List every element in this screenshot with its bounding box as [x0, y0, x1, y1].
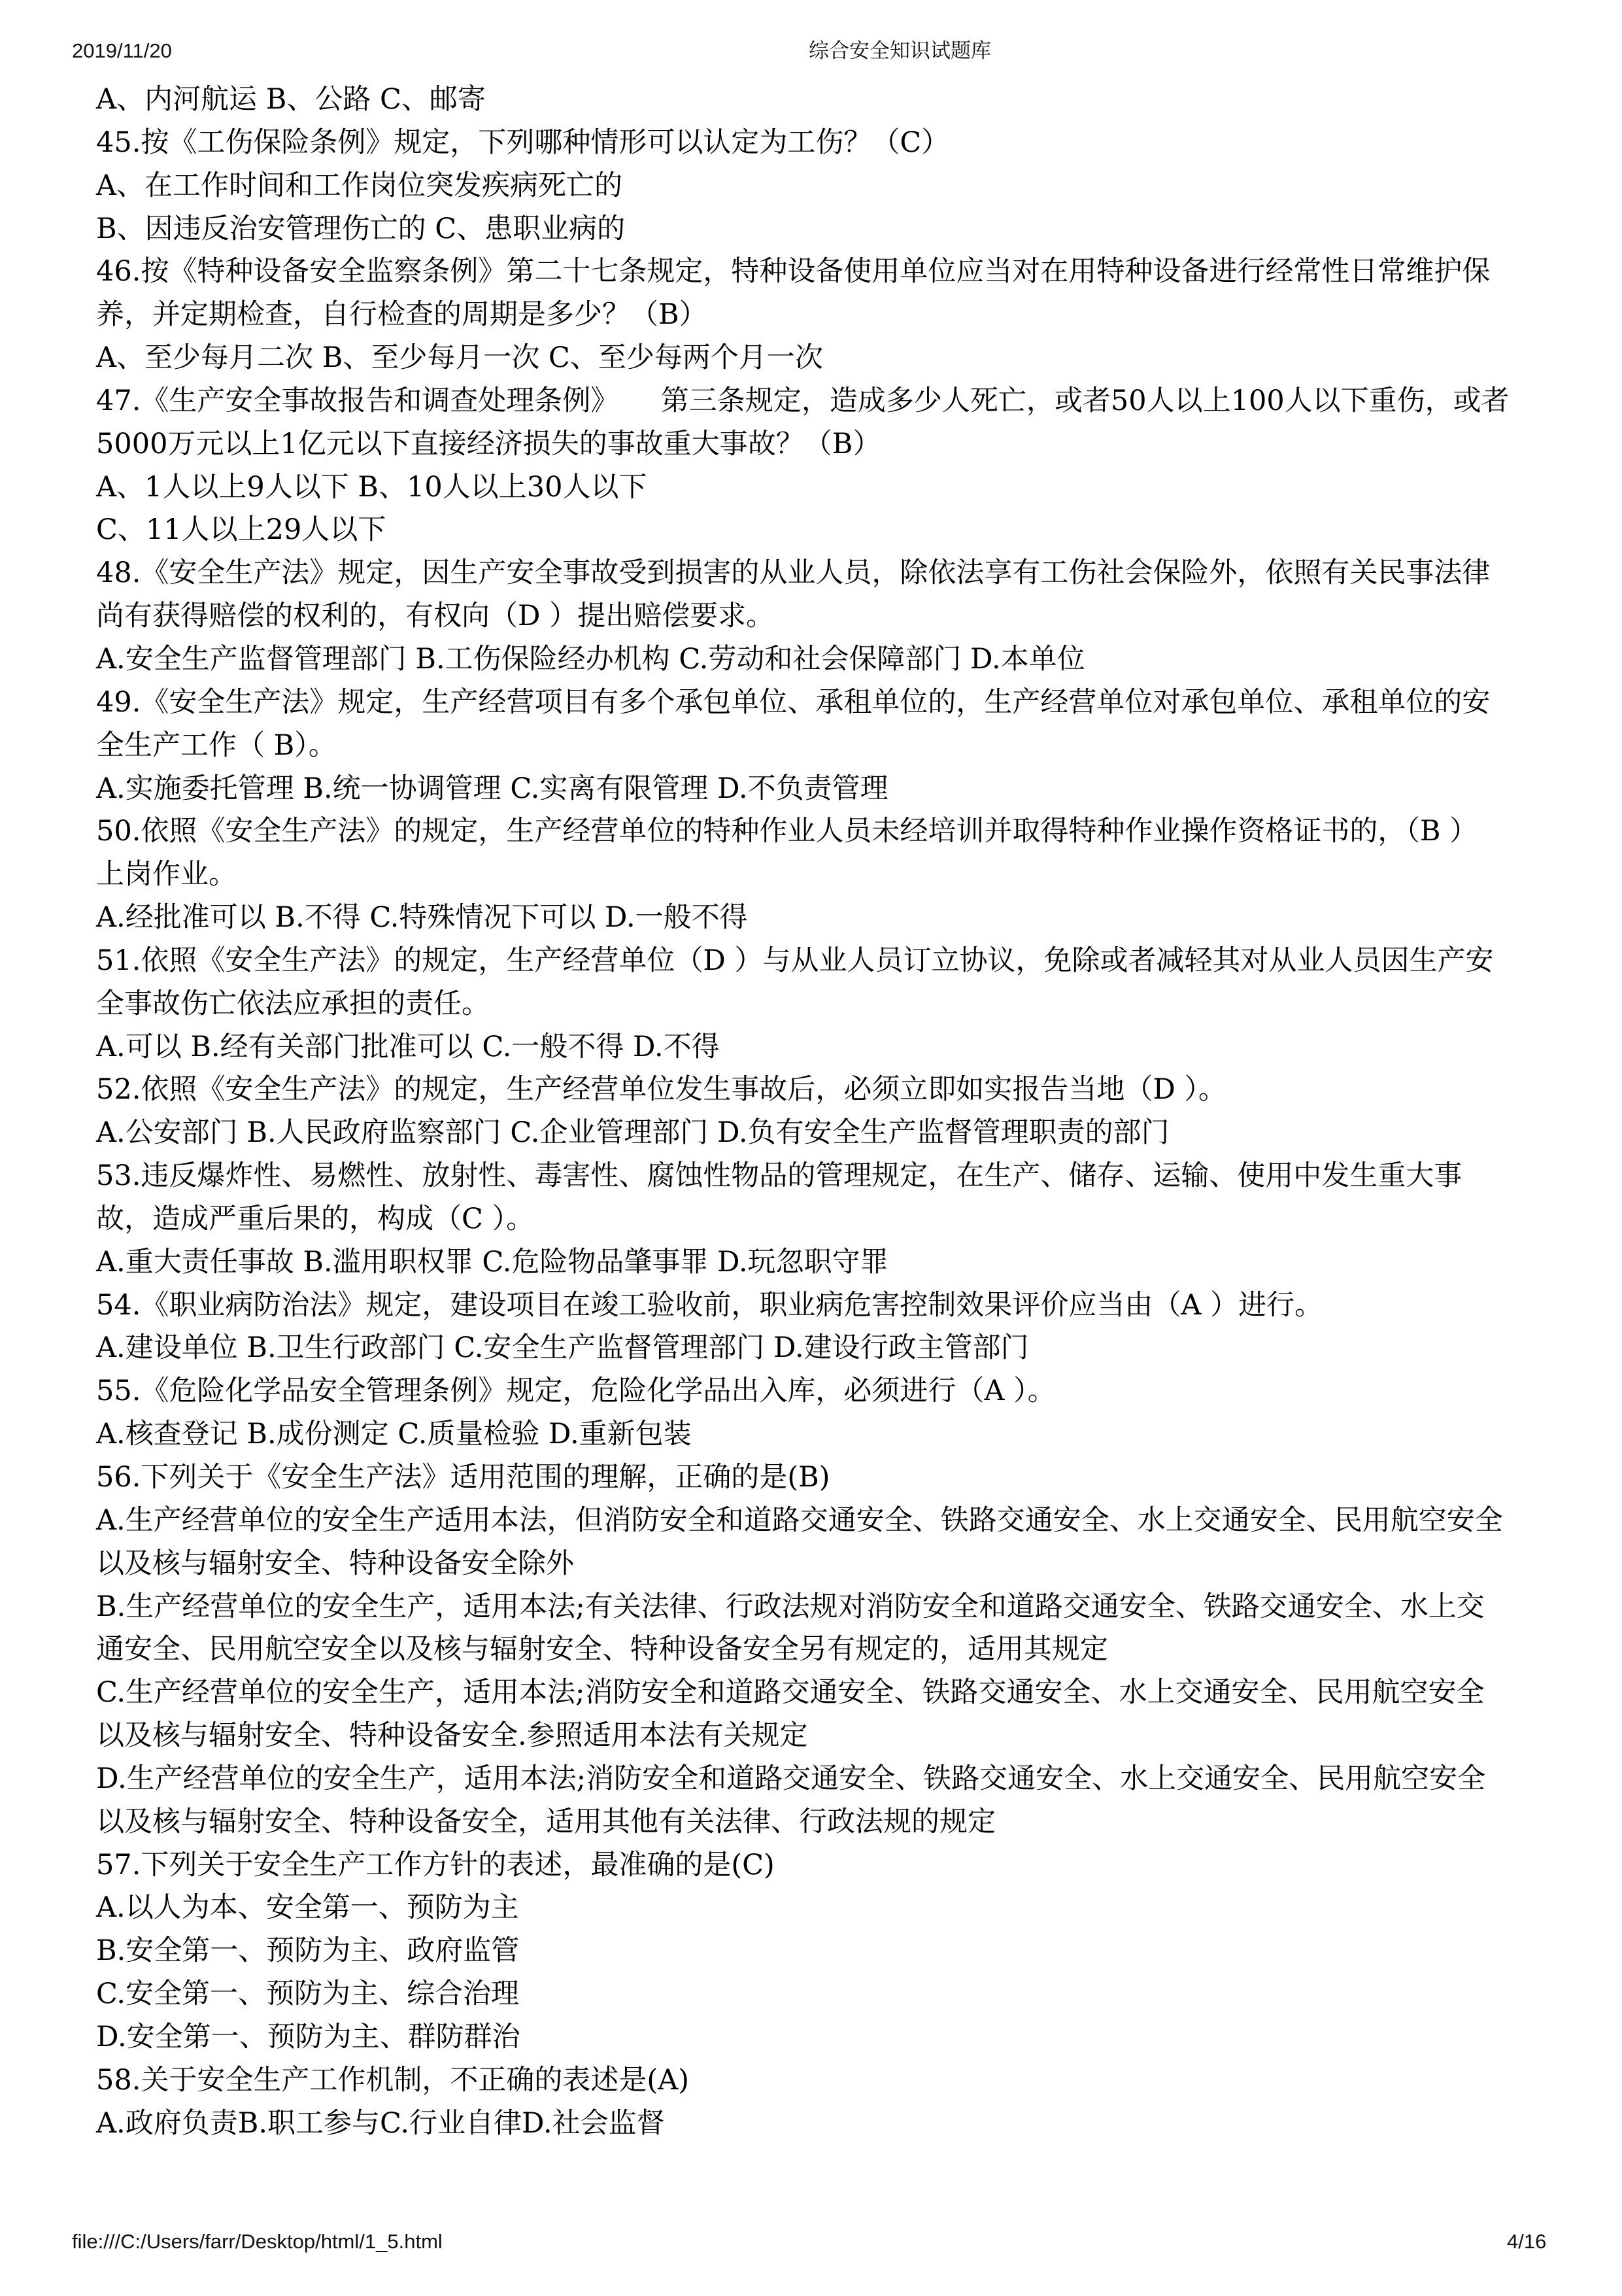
question-46: 46.按《特种设备安全监察条例》第二十七条规定，特种设备使用单位应当对在用特种设…: [96, 250, 1534, 294]
question-53-cont: 故，造成严重后果的，构成（C ）。: [96, 1198, 1534, 1241]
option-line: A、在工作时间和工作岗位突发疾病死亡的: [96, 165, 1534, 208]
question-58: 58.关于安全生产工作机制，不正确的表述是(A): [96, 2059, 1534, 2102]
question-47: 47.《生产安全事故报告和调查处理条例》 第三条规定，造成多少人死亡，或者50人…: [96, 380, 1534, 423]
option-line: C、11人以上29人以下: [96, 509, 1534, 552]
question-56: 56.下列关于《安全生产法》适用范围的理解，正确的是(B): [96, 1456, 1534, 1499]
question-53: 53.违反爆炸性、易燃性、放射性、毒害性、腐蚀性物品的管理规定，在生产、储存、运…: [96, 1155, 1534, 1198]
option-line: D.安全第一、预防为主、群防群治: [96, 2016, 1534, 2059]
question-50: 50.依照《安全生产法》的规定，生产经营单位的特种作业人员未经培训并取得特种作业…: [96, 810, 1534, 853]
option-line: D.生产经营单位的安全生产，适用本法;消防安全和道路交通安全、铁路交通安全、水上…: [96, 1758, 1534, 1801]
option-line: A.以人为本、安全第一、预防为主: [96, 1887, 1534, 1930]
question-51: 51.依照《安全生产法》的规定，生产经营单位（D ）与从业人员订立协议，免除或者…: [96, 940, 1534, 983]
option-line: A.生产经营单位的安全生产适用本法，但消防安全和道路交通安全、铁路交通安全、水上…: [96, 1499, 1534, 1543]
question-46-cont: 养，并定期检查，自行检查的周期是多少？（B）: [96, 294, 1534, 337]
option-line: A、内河航运 B、公路 C、邮寄: [96, 78, 1534, 122]
option-line: A.建设单位 B.卫生行政部门 C.安全生产监督管理部门 D.建设行政主管部门: [96, 1327, 1534, 1370]
question-57: 57.下列关于安全生产工作方针的表述，最准确的是(C): [96, 1844, 1534, 1887]
option-line: B.安全第一、预防为主、政府监管: [96, 1930, 1534, 1973]
question-49-cont: 全生产工作（ B）。: [96, 725, 1534, 768]
question-49: 49.《安全生产法》规定，生产经营项目有多个承包单位、承租单位的，生产经营单位对…: [96, 681, 1534, 725]
print-date: 2019/11/20: [72, 39, 172, 63]
question-55: 55.《危险化学品安全管理条例》规定，危险化学品出入库，必须进行（A ）。: [96, 1370, 1534, 1413]
option-line: A.核查登记 B.成份测定 C.质量检验 D.重新包装: [96, 1413, 1534, 1456]
option-line: A.可以 B.经有关部门批准可以 C.一般不得 D.不得: [96, 1026, 1534, 1069]
document-title: 综合安全知识试题库: [809, 39, 991, 63]
question-list: A、内河航运 B、公路 C、邮寄 45.按《工伤保险条例》规定，下列哪种情形可以…: [96, 78, 1534, 2146]
option-line: A、至少每月二次 B、至少每月一次 C、至少每两个月一次: [96, 337, 1534, 380]
option-line: B、因违反治安管理伤亡的 C、患职业病的: [96, 208, 1534, 251]
option-line: A.公安部门 B.人民政府监察部门 C.企业管理部门 D.负有安全生产监督管理职…: [96, 1112, 1534, 1155]
question-54: 54.《职业病防治法》规定，建设项目在竣工验收前，职业病危害控制效果评价应当由（…: [96, 1284, 1534, 1328]
option-line: A、1人以上9人以下 B、10人以上30人以下: [96, 466, 1534, 509]
option-line-cont: 通安全、民用航空安全以及核与辐射安全、特种设备安全另有规定的，适用其规定: [96, 1628, 1534, 1671]
option-line: A.经批准可以 B.不得 C.特殊情况下可以 D.一般不得: [96, 897, 1534, 940]
option-line: A.重大责任事故 B.滥用职权罪 C.危险物品肇事罪 D.玩忽职守罪: [96, 1241, 1534, 1284]
page-number: 4/16: [1507, 2230, 1546, 2253]
question-48: 48.《安全生产法》规定，因生产安全事故受到损害的从业人员，除依法享有工伤社会保…: [96, 552, 1534, 595]
option-line: A.政府负责B.职工参与C.行业自律D.社会监督: [96, 2102, 1534, 2146]
option-line: B.生产经营单位的安全生产，适用本法;有关法律、行政法规对消防安全和道路交通安全…: [96, 1586, 1534, 1629]
file-url: file:///C:/Users/farr/Desktop/html/1_5.h…: [72, 2230, 443, 2253]
question-47-cont: 5000万元以上1亿元以下直接经济损失的事故重大事故？（B）: [96, 423, 1534, 466]
question-50-cont: 上岗作业。: [96, 853, 1534, 897]
question-51-cont: 全事故伤亡依法应承担的责任。: [96, 983, 1534, 1026]
option-line-cont: 以及核与辐射安全、特种设备安全.参照适用本法有关规定: [96, 1715, 1534, 1758]
option-line: C.生产经营单位的安全生产，适用本法;消防安全和道路交通安全、铁路交通安全、水上…: [96, 1671, 1534, 1715]
question-45: 45.按《工伤保险条例》规定，下列哪种情形可以认定为工伤？（C）: [96, 122, 1534, 165]
option-line: C.安全第一、预防为主、综合治理: [96, 1973, 1534, 2016]
option-line: A.实施委托管理 B.统一协调管理 C.实离有限管理 D.不负责管理: [96, 768, 1534, 811]
option-line: A.安全生产监督管理部门 B.工伤保险经办机构 C.劳动和社会保障部门 D.本单…: [96, 638, 1534, 681]
option-line-cont: 以及核与辐射安全、特种设备安全，适用其他有关法律、行政法规的规定: [96, 1801, 1534, 1844]
question-48-cont: 尚有获得赔偿的权利的，有权向（D ）提出赔偿要求。: [96, 595, 1534, 638]
question-52: 52.依照《安全生产法》的规定，生产经营单位发生事故后，必须立即如实报告当地（D…: [96, 1069, 1534, 1112]
option-line-cont: 以及核与辐射安全、特种设备安全除外: [96, 1543, 1534, 1586]
